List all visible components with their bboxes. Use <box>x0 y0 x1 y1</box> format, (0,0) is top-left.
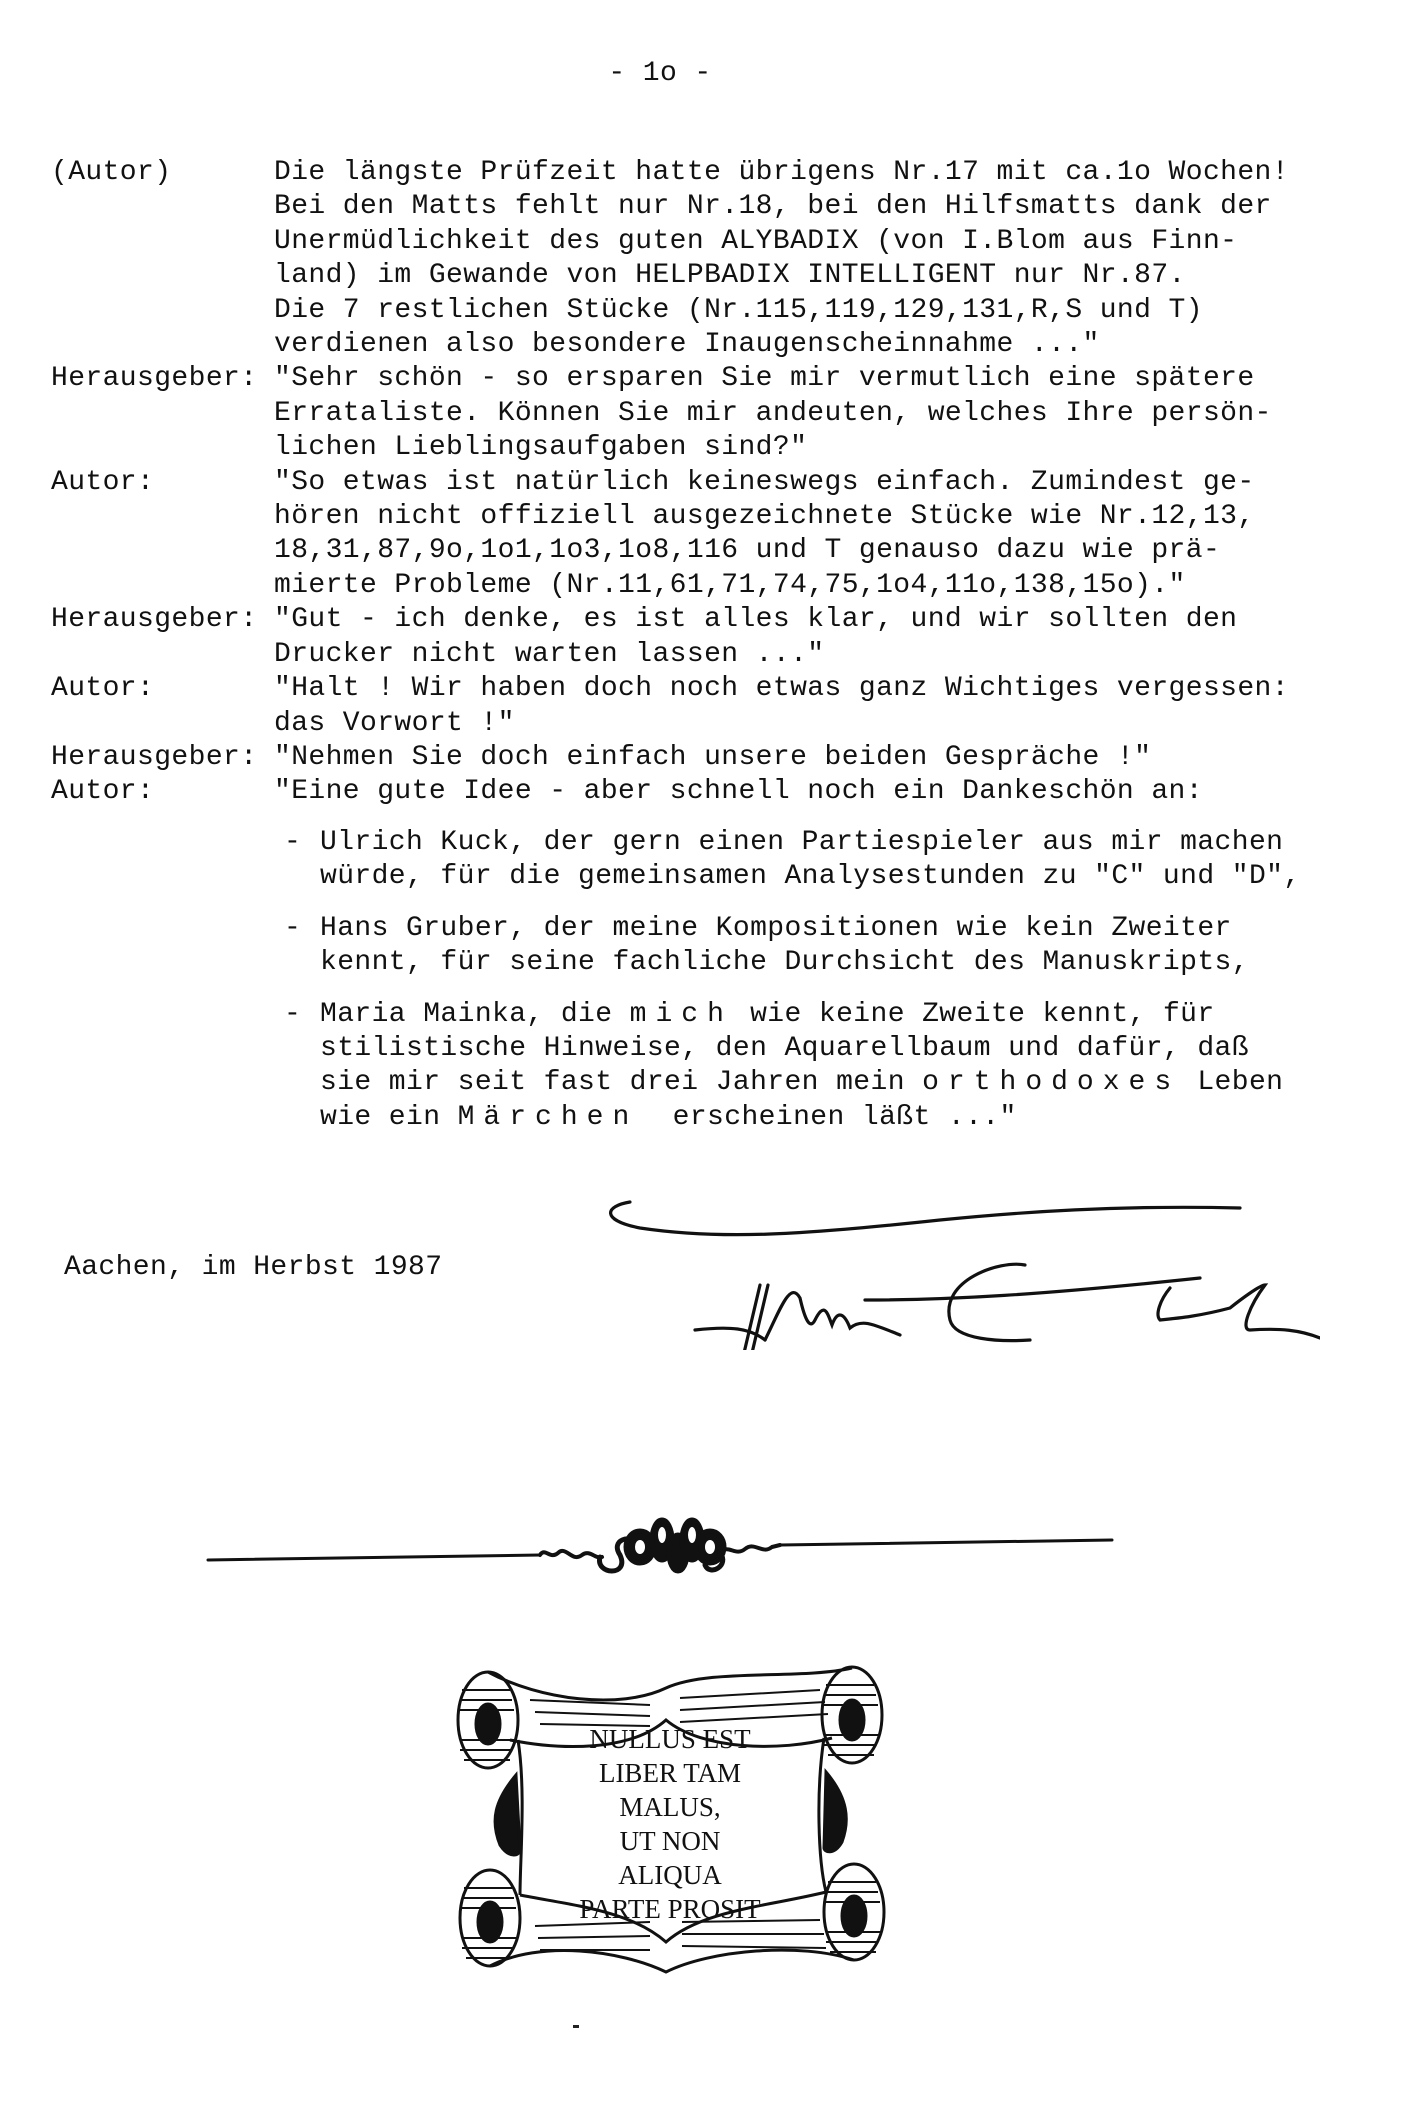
acknowledgement-item: - Ulrich Kuck, der gern einen Partiespie… <box>284 826 1364 895</box>
spaced-emphasis: Märchen <box>458 1102 639 1133</box>
text-line: Drucker nicht warten lassen ..." <box>274 638 1371 672</box>
page-number: - 1o - <box>0 58 1320 89</box>
speaker-label: Autor: <box>51 466 274 604</box>
acknowledgement-item: - Maria Mainka, die mich wie keine Zweit… <box>284 998 1364 1136</box>
text-line: wie ein Märchen erscheinen läßt ..." <box>320 1101 1283 1135</box>
text-line: "Eine gute Idee - aber schnell noch ein … <box>274 775 1371 809</box>
motto-line: UT NON <box>540 1824 800 1858</box>
text-line: Errataliste. Können Sie mir andeuten, we… <box>274 397 1371 431</box>
text-segment: wie keine Zweite kennt, für <box>733 999 1215 1030</box>
text-line: "Halt ! Wir haben doch noch etwas ganz W… <box>274 672 1371 706</box>
dialogue-entry: Autor: "Eine gute Idee - aber schnell no… <box>51 775 1371 809</box>
text-line: Maria Mainka, die mich wie keine Zweite … <box>320 998 1283 1032</box>
speaker-label: Herausgeber: <box>51 362 274 465</box>
text-line: hören nicht offiziell ausgezeichnete Stü… <box>274 500 1371 534</box>
speech-text: "Gut - ich denke, es ist alles klar, und… <box>274 603 1371 672</box>
text-line: land) im Gewande von HELPBADIX INTELLIGE… <box>274 259 1371 293</box>
text-line: Die 7 restlichen Stücke (Nr.115,119,129,… <box>274 294 1371 328</box>
motto-line: LIBER TAM <box>540 1756 800 1790</box>
acknowledgements-list: - Ulrich Kuck, der gern einen Partiespie… <box>284 826 1364 1152</box>
list-dash: - <box>284 826 320 895</box>
text-segment: Leben <box>1180 1067 1283 1098</box>
spaced-emphasis: mich <box>630 999 733 1030</box>
text-line: mierte Probleme (Nr.11,61,71,74,75,1o4,1… <box>274 569 1371 603</box>
text-line: sie mir seit fast drei Jahren mein ortho… <box>320 1066 1283 1100</box>
place-and-date: Aachen, im Herbst 1987 <box>64 1252 442 1283</box>
spaced-emphasis: orthodoxes <box>922 1067 1180 1098</box>
dialogue-entry: Herausgeber: "Gut - ich denke, es ist al… <box>51 603 1371 672</box>
text-line: "Nehmen Sie doch einfach unsere beiden G… <box>274 741 1371 775</box>
motto-line: NULLUS EST <box>540 1722 800 1756</box>
text-line: kennt, für seine fachliche Durchsicht de… <box>320 946 1249 980</box>
text-line: 18,31,87,9o,1o1,1o3,1o8,116 und T genaus… <box>274 534 1371 568</box>
list-dash: - <box>284 912 320 981</box>
acknowledgement-text: Maria Mainka, die mich wie keine Zweite … <box>320 998 1283 1136</box>
speaker-label: Herausgeber: <box>51 741 274 775</box>
text-line: Ulrich Kuck, der gern einen Partiespiele… <box>320 826 1301 860</box>
text-line: Bei den Matts fehlt nur Nr.18, bei den H… <box>274 190 1371 224</box>
motto-text: NULLUS EST LIBER TAM MALUS, UT NON ALIQU… <box>540 1722 800 1926</box>
list-dash: - <box>284 998 320 1136</box>
text-line: "Gut - ich denke, es ist alles klar, und… <box>274 603 1371 637</box>
text-segment: erscheinen läßt ..." <box>638 1102 1016 1133</box>
speech-text: "Nehmen Sie doch einfach unsere beiden G… <box>274 741 1371 775</box>
text-line: Unermüdlichkeit des guten ALYBADIX (von … <box>274 225 1371 259</box>
dialogue-entry: Autor: "Halt ! Wir haben doch noch etwas… <box>51 672 1371 741</box>
motto-line: PARTE PROSIT <box>540 1892 800 1926</box>
speech-text: "Sehr schön - so ersparen Sie mir vermut… <box>274 362 1371 465</box>
motto-line: MALUS, <box>540 1790 800 1824</box>
text-line: "So etwas ist natürlich keineswegs einfa… <box>274 466 1371 500</box>
speaker-label: (Autor) <box>51 156 274 362</box>
speaker-label: Herausgeber: <box>51 603 274 672</box>
speech-text: "Eine gute Idee - aber schnell noch ein … <box>274 775 1371 809</box>
text-line: Hans Gruber, der meine Kompositionen wie… <box>320 912 1249 946</box>
dialogue-entry: (Autor) Die längste Prüfzeit hatte übrig… <box>51 156 1371 362</box>
speech-text: "Halt ! Wir haben doch noch etwas ganz W… <box>274 672 1371 741</box>
acknowledgement-text: Ulrich Kuck, der gern einen Partiespiele… <box>320 826 1301 895</box>
text-line: stilistische Hinweise, den Aquarellbaum … <box>320 1032 1283 1066</box>
speaker-label: Autor: <box>51 672 274 741</box>
text-segment: sie mir seit fast drei Jahren mein <box>320 1067 922 1098</box>
speaker-label: Autor: <box>51 775 274 809</box>
text-line: würde, für die gemeinsamen Analysestunde… <box>320 860 1301 894</box>
acknowledgement-item: - Hans Gruber, der meine Kompositionen w… <box>284 912 1364 981</box>
dialogue-entry: Herausgeber: "Sehr schön - so ersparen S… <box>51 362 1371 465</box>
text-line: "Sehr schön - so ersparen Sie mir vermut… <box>274 362 1371 396</box>
text-line: verdienen also besondere Inaugenscheinna… <box>274 328 1371 362</box>
text-line: lichen Lieblingsaufgaben sind?" <box>274 431 1371 465</box>
dialogue-entry: Herausgeber: "Nehmen Sie doch einfach un… <box>51 741 1371 775</box>
speech-text: Die längste Prüfzeit hatte übrigens Nr.1… <box>274 156 1371 362</box>
text-segment: Maria Mainka, die <box>320 999 630 1030</box>
motto-line: ALIQUA <box>540 1858 800 1892</box>
dialogue: (Autor) Die längste Prüfzeit hatte übrig… <box>51 156 1371 810</box>
text-line: Die längste Prüfzeit hatte übrigens Nr.1… <box>274 156 1371 190</box>
speech-text: "So etwas ist natürlich keineswegs einfa… <box>274 466 1371 604</box>
ornament-divider-icon <box>200 1505 1120 1585</box>
dialogue-entry: Autor: "So etwas ist natürlich keinesweg… <box>51 466 1371 604</box>
text-segment: wie ein <box>320 1102 458 1133</box>
print-speck <box>573 2025 579 2028</box>
acknowledgement-text: Hans Gruber, der meine Kompositionen wie… <box>320 912 1249 981</box>
signature-icon <box>600 1190 1320 1350</box>
text-line: das Vorwort !" <box>274 707 1371 741</box>
